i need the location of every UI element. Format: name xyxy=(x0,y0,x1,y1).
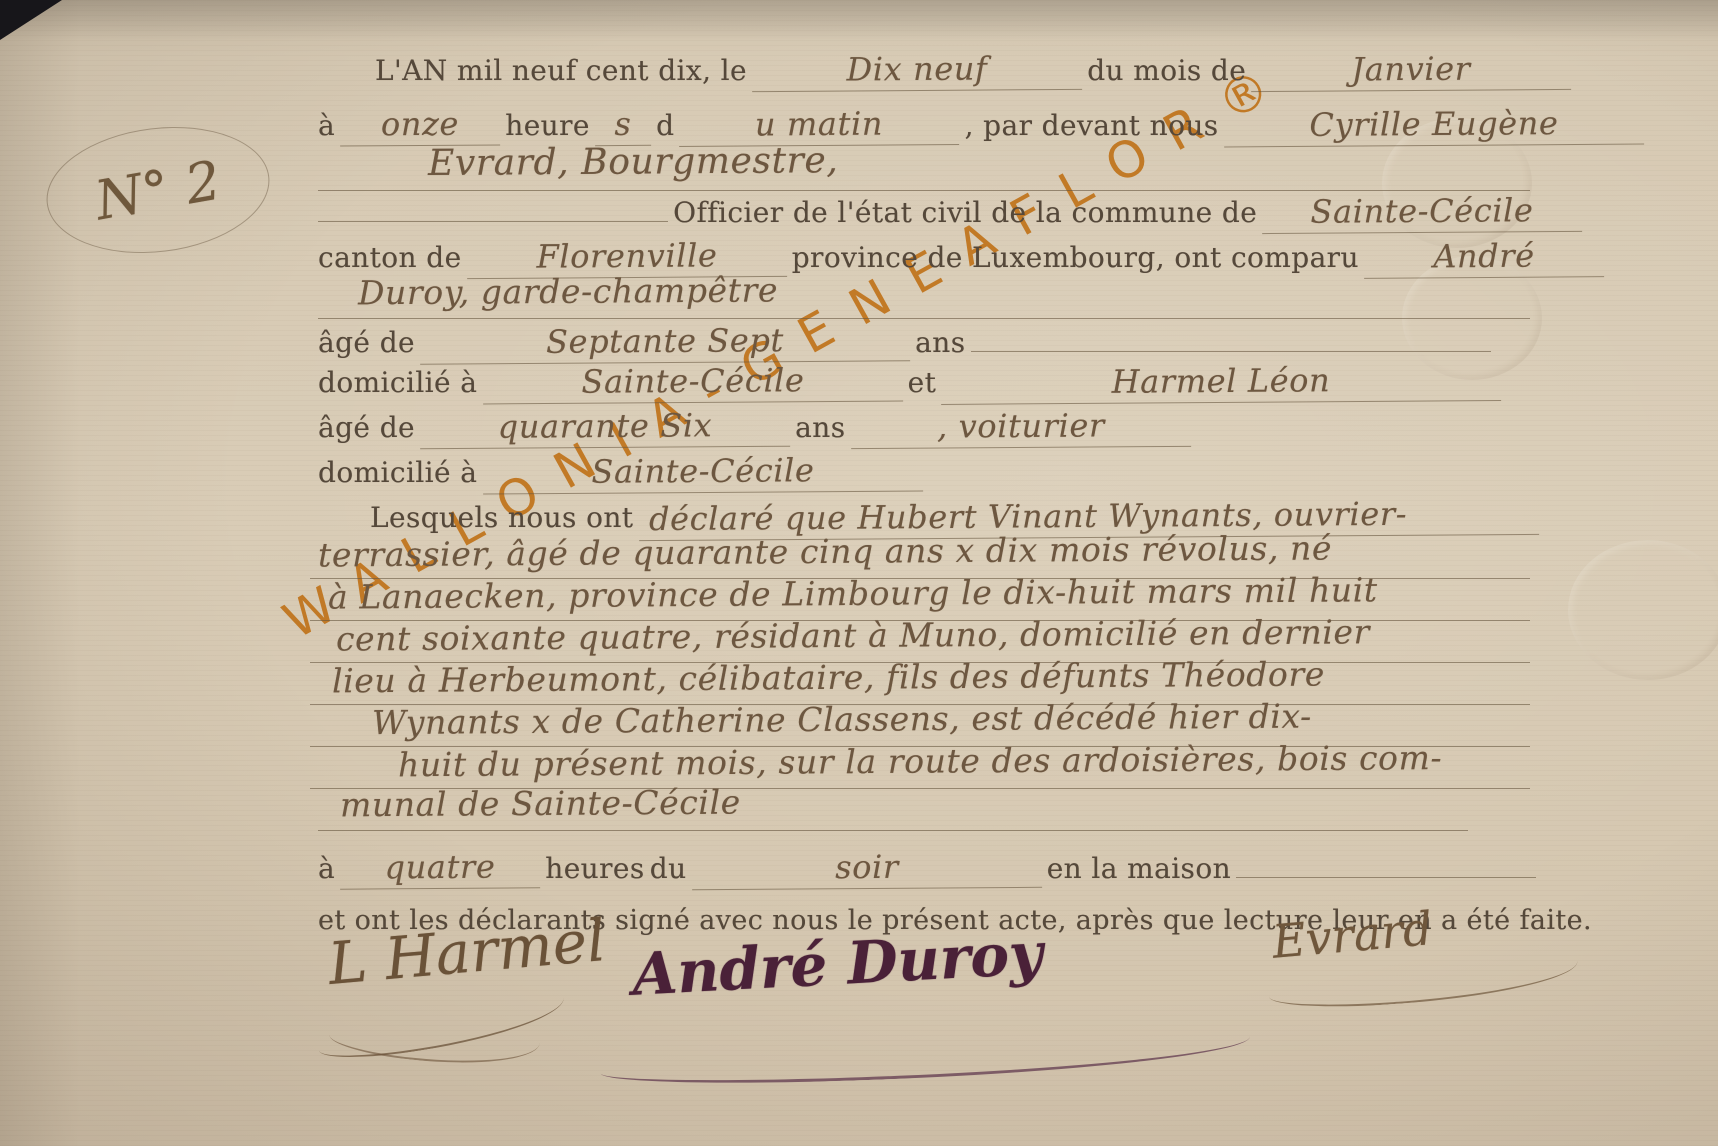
act-line-6: Duroy, garde-champêtre xyxy=(318,272,1530,319)
printed-text: Officier de l'état civil de la commune d… xyxy=(673,196,1257,229)
death-record-page: N° 2 WALLONIA-GENEAFLOR® L'AN mil neuf c… xyxy=(0,0,1718,1146)
printed-text: ans xyxy=(795,411,845,444)
written-plural-s: s xyxy=(595,105,651,146)
printed-text: ans xyxy=(915,326,965,359)
written-month: Janvier xyxy=(1251,49,1571,92)
blank-rule xyxy=(971,343,1491,352)
act-line-2: à onze heure s d u matin , par devant no… xyxy=(318,105,1644,146)
written-declarant2-age: quarante Six xyxy=(420,406,790,450)
act-line-15: lieu à Herbeumont, célibataire, fils des… xyxy=(310,658,1530,705)
page-top-shadow xyxy=(0,0,1718,40)
printed-text: L'AN mil neuf cent dix, le xyxy=(375,54,747,87)
written-death-period: soir xyxy=(691,847,1041,890)
written-declarant2-domicile: Sainte-Cécile xyxy=(482,450,922,494)
printed-text: domicilié à xyxy=(318,456,477,489)
printed-text: du mois de xyxy=(1087,54,1246,87)
printed-text: heures xyxy=(545,852,644,885)
written-officer-name: Evrard, Bourgmestre, xyxy=(318,140,839,185)
written-declarant2-occupation: , voiturier xyxy=(850,406,1190,449)
written-declaration: cent soixante quatre, résidant à Muno, d… xyxy=(310,612,1370,658)
printed-text: du xyxy=(650,852,687,885)
printed-text: et xyxy=(908,366,937,399)
printed-text: heure xyxy=(505,109,590,142)
act-line-7: âgé de Septante Sept ans xyxy=(318,322,1491,363)
written-declarant1-name-occupation: Duroy, garde-champêtre xyxy=(318,270,778,312)
printed-text: d xyxy=(656,109,674,142)
written-declarant1-domicile: Sainte-Cécile xyxy=(482,361,902,405)
printed-text: âgé de xyxy=(318,326,415,359)
written-declaration: huit du présent mois, sur la route des a… xyxy=(310,738,1442,785)
act-line-19: à quatre heures du soir en la maison xyxy=(318,848,1536,889)
printed-text: province de Luxembourg, ont comparu xyxy=(792,241,1359,274)
printed-text: à xyxy=(318,852,335,885)
written-declaration: à Lanaecken, province de Limbourg le dix… xyxy=(310,570,1378,616)
printed-text: canton de xyxy=(318,241,462,274)
written-day: Dix neuf xyxy=(752,49,1082,92)
blank-rule xyxy=(318,213,668,222)
act-line-9: âgé de quarante Six ans , voiturier xyxy=(318,407,1191,448)
written-declarant1-age: Septante Sept xyxy=(420,320,910,364)
photo-corner-artifact xyxy=(0,0,62,40)
printed-text: à xyxy=(318,109,335,142)
written-hour: onze xyxy=(340,104,500,146)
act-line-17: huit du présent mois, sur la route des a… xyxy=(310,742,1530,789)
printed-text: domicilié à xyxy=(318,366,477,399)
printed-text: âgé de xyxy=(318,411,415,444)
printed-text: en la maison xyxy=(1047,852,1231,885)
act-line-14: cent soixante quatre, résidant à Muno, d… xyxy=(310,616,1530,663)
blank-rule xyxy=(1236,869,1536,878)
written-declaration: terrassier, âgé de quarante cinq ans x d… xyxy=(310,528,1332,574)
written-commune: Sainte-Cécile xyxy=(1262,191,1582,234)
printed-text: Lesquels nous ont xyxy=(370,501,633,534)
written-declarant2-name: Harmel Léon xyxy=(941,360,1501,405)
act-line-10: domicilié à Sainte-Cécile xyxy=(318,452,923,493)
printed-text: , par devant nous xyxy=(965,109,1219,142)
act-line-3: Evrard, Bourgmestre, xyxy=(318,142,1530,191)
act-line-1: L'AN mil neuf cent dix, le Dix neuf du m… xyxy=(375,50,1571,91)
act-line-8: domicilié à Sainte-Cécile et Harmel Léon xyxy=(318,362,1501,403)
written-declaration: Wynants x de Catherine Classens, est déc… xyxy=(310,697,1312,743)
written-death-hour: quatre xyxy=(340,847,540,889)
written-declaration-end: munal de Sainte-Cécile xyxy=(318,783,741,825)
act-line-18: munal de Sainte-Cécile xyxy=(318,784,1468,831)
paper-emboss-circle xyxy=(1568,540,1718,680)
written-officer-firstname: Cyrille Eugène xyxy=(1224,104,1644,148)
act-number: N° 2 xyxy=(91,148,226,232)
signature-flourish xyxy=(599,1004,1251,1090)
act-line-4: Officier de l'état civil de la commune d… xyxy=(318,192,1582,233)
written-declaration: lieu à Herbeumont, célibataire, fils des… xyxy=(310,654,1325,700)
